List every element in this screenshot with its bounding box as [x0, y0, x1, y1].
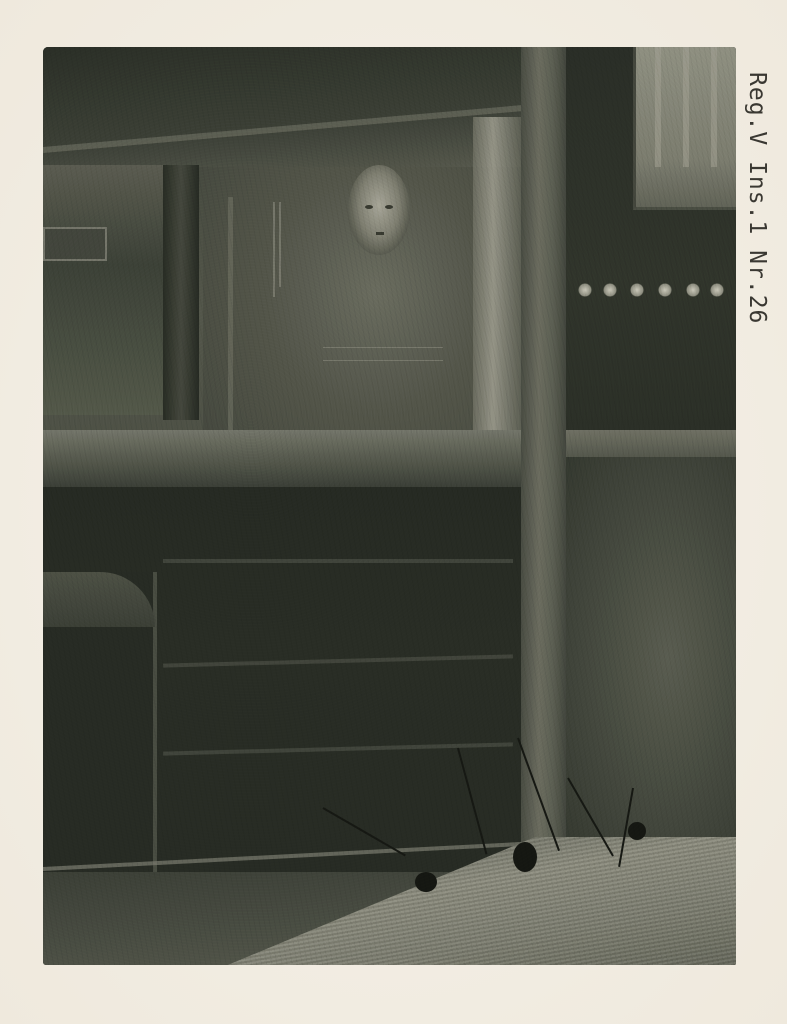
photo-caption: Reg.V Ins.1 Nr.26	[744, 72, 770, 324]
film-grain	[43, 47, 736, 965]
archival-photograph	[43, 47, 736, 965]
photo-card: Reg.V Ins.1 Nr.26	[0, 0, 787, 1024]
